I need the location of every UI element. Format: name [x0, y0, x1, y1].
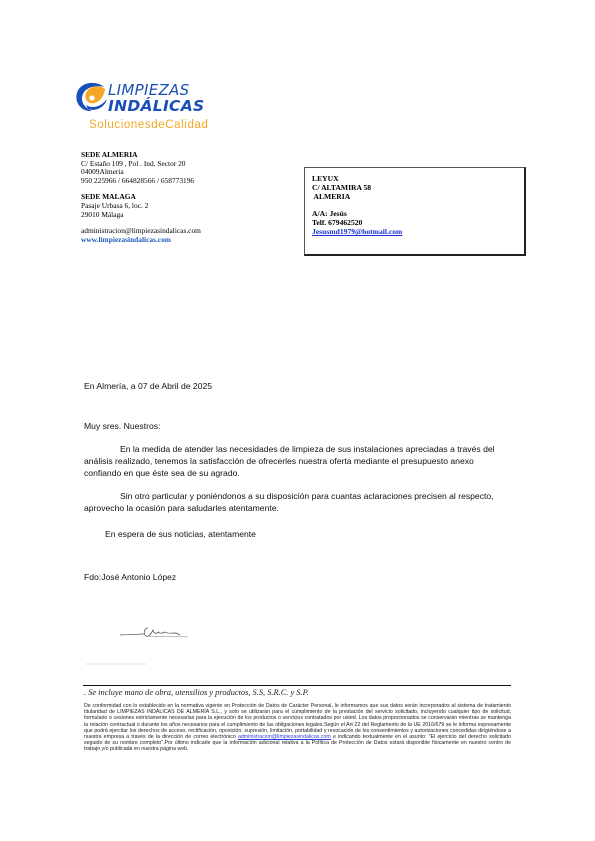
includes-note: . Se incluye mano de obra, utensilios y … [84, 688, 309, 697]
recipient-email-link[interactable]: Jesusmd1979@hotmail.com [312, 228, 524, 237]
closing-line: En espera de sus noticias, atentamente [105, 528, 256, 540]
sede-malaga-city: 29010 Málaga [81, 211, 201, 220]
signature-icon [118, 622, 198, 644]
sede-almeria-phones: 950 225966 / 664828566 / 658773196 [81, 177, 201, 186]
sender-block: SEDE ALMERIA C/ Estaño 109 , Pol . Ind. … [81, 151, 201, 244]
logo-tagline: SolucionesdeCalidad [89, 119, 208, 131]
greeting: Muy sres. Nuestros: [84, 420, 160, 432]
logo-swirl-icon [74, 81, 110, 113]
paragraph-1: En la medida de atender las necesidades … [84, 443, 509, 480]
paragraph-2: Sin otro particular y poniéndonos a su d… [84, 490, 509, 514]
logo-text-line2: INDÁLICAS [108, 97, 204, 115]
legal-email-link[interactable]: administracion@limpiezasindalicas.com [238, 734, 331, 740]
footer-divider [83, 685, 511, 686]
faint-mark [86, 663, 146, 665]
recipient-city: ALMERIA [312, 193, 524, 202]
sender-website-link[interactable]: www.limpiezasindalicas.com [81, 236, 201, 245]
legal-notice: De conformidad con lo establecido en la … [84, 703, 511, 753]
signature-name: Fdo:José Antonio López [84, 571, 176, 583]
date-line: En Almería, a 07 de Abril de 2025 [84, 380, 212, 392]
recipient-box: LEYUX C/ ALTAMIRA 58 ALMERIA A/A: Jesús … [304, 167, 526, 256]
company-logo: LIMPIEZAS INDÁLICAS SolucionesdeCalidad [72, 78, 222, 136]
